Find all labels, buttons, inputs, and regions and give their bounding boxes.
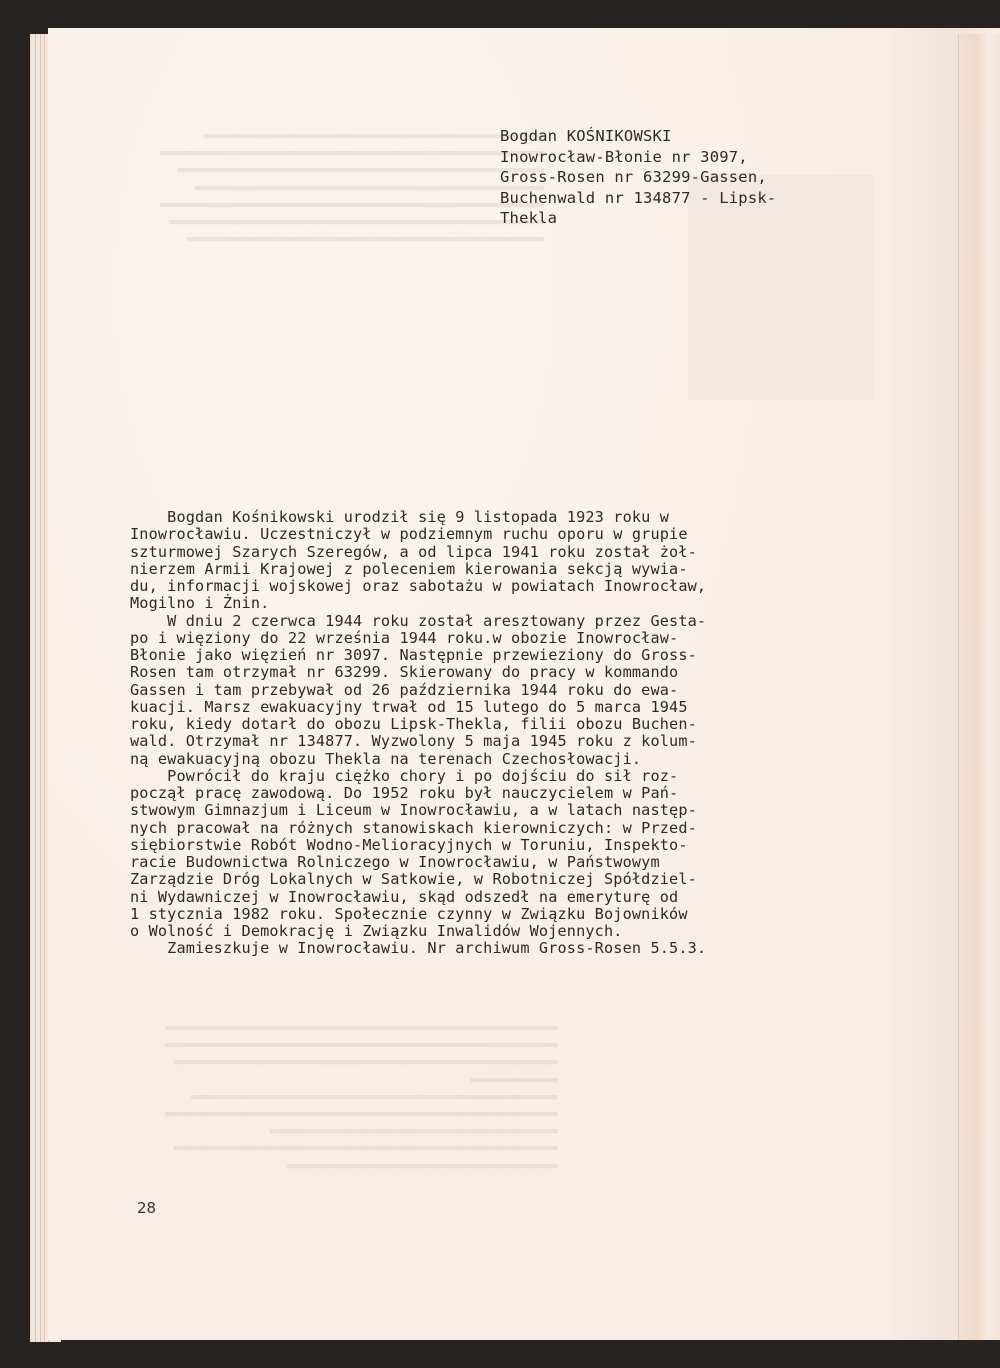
text-line: Mogilno i Żnin.	[130, 595, 880, 612]
text-line: wald. Otrzymał nr 134877. Wyzwolony 5 ma…	[130, 733, 880, 750]
text-line: nierzem Armii Krajowej z poleceniem kier…	[130, 561, 880, 578]
camp-number-line: Thekla	[500, 208, 776, 229]
text-line: Inowrocławiu. Uczestniczył w podziemnym …	[130, 526, 880, 543]
text-line: Gassen i tam przebywał od 26 październik…	[130, 682, 880, 699]
text-line: roku, kiedy dotarł do obozu Lipsk-Thekla…	[130, 716, 880, 733]
text-line: W dniu 2 czerwca 1944 roku został areszt…	[130, 613, 880, 630]
text-line: Rosen tam otrzymał nr 63299. Skierowany …	[130, 664, 880, 681]
person-name: Bogdan KOŚNIKOWSKI	[500, 126, 776, 147]
text-line: nych pracował na różnych stanowiskach ki…	[130, 820, 880, 837]
camp-number-line: Gross-Rosen nr 63299-Gassen,	[500, 167, 776, 188]
text-line: kuacji. Marsz ewakuacyjny trwał od 15 lu…	[130, 699, 880, 716]
text-line: ni Wydawniczej w Inowrocławiu, skąd odsz…	[130, 889, 880, 906]
text-line: ną ewakuacyjną obozu Thekla na terenach …	[130, 751, 880, 768]
biography-header: Bogdan KOŚNIKOWSKI Inowrocław-Błonie nr …	[500, 126, 776, 229]
text-line: począł pracę zawodową. Do 1952 roku był …	[130, 785, 880, 802]
text-line: 1 stycznia 1982 roku. Społecznie czynny …	[130, 906, 880, 923]
facing-page-fold	[958, 34, 1000, 1340]
text-line: szturmowej Szarych Szeregów, a od lipca …	[130, 544, 880, 561]
text-line: Zarządzie Dróg Lokalnych w Satkowie, w R…	[130, 871, 880, 888]
biography-text: Bogdan Kośnikowski urodził się 9 listopa…	[130, 509, 880, 958]
text-line: o Wolność i Demokrację i Związku Inwalid…	[130, 923, 880, 940]
text-line: du, informacji wojskowej oraz sabotażu w…	[130, 578, 880, 595]
text-line: Błonie jako więzień nr 3097. Następnie p…	[130, 647, 880, 664]
camp-number-line: Buchenwald nr 134877 - Lipsk-	[500, 188, 776, 209]
text-line: Zamieszkuje w Inowrocławiu. Nr archiwum …	[130, 940, 880, 957]
page-number: 28	[137, 1199, 156, 1217]
text-line: Powrócił do kraju ciężko chory i po dojś…	[130, 768, 880, 785]
text-line: po i więziony do 22 września 1944 roku.w…	[130, 630, 880, 647]
text-line: stwowym Gimnazjum i Liceum w Inowrocławi…	[130, 802, 880, 819]
text-line: racie Budownictwa Rolniczego w Inowrocła…	[130, 854, 880, 871]
camp-number-line: Inowrocław-Błonie nr 3097,	[500, 147, 776, 168]
text-line: Bogdan Kośnikowski urodził się 9 listopa…	[130, 509, 880, 526]
text-line: siębiorstwie Robót Wodno-Melioracyjnych …	[130, 837, 880, 854]
